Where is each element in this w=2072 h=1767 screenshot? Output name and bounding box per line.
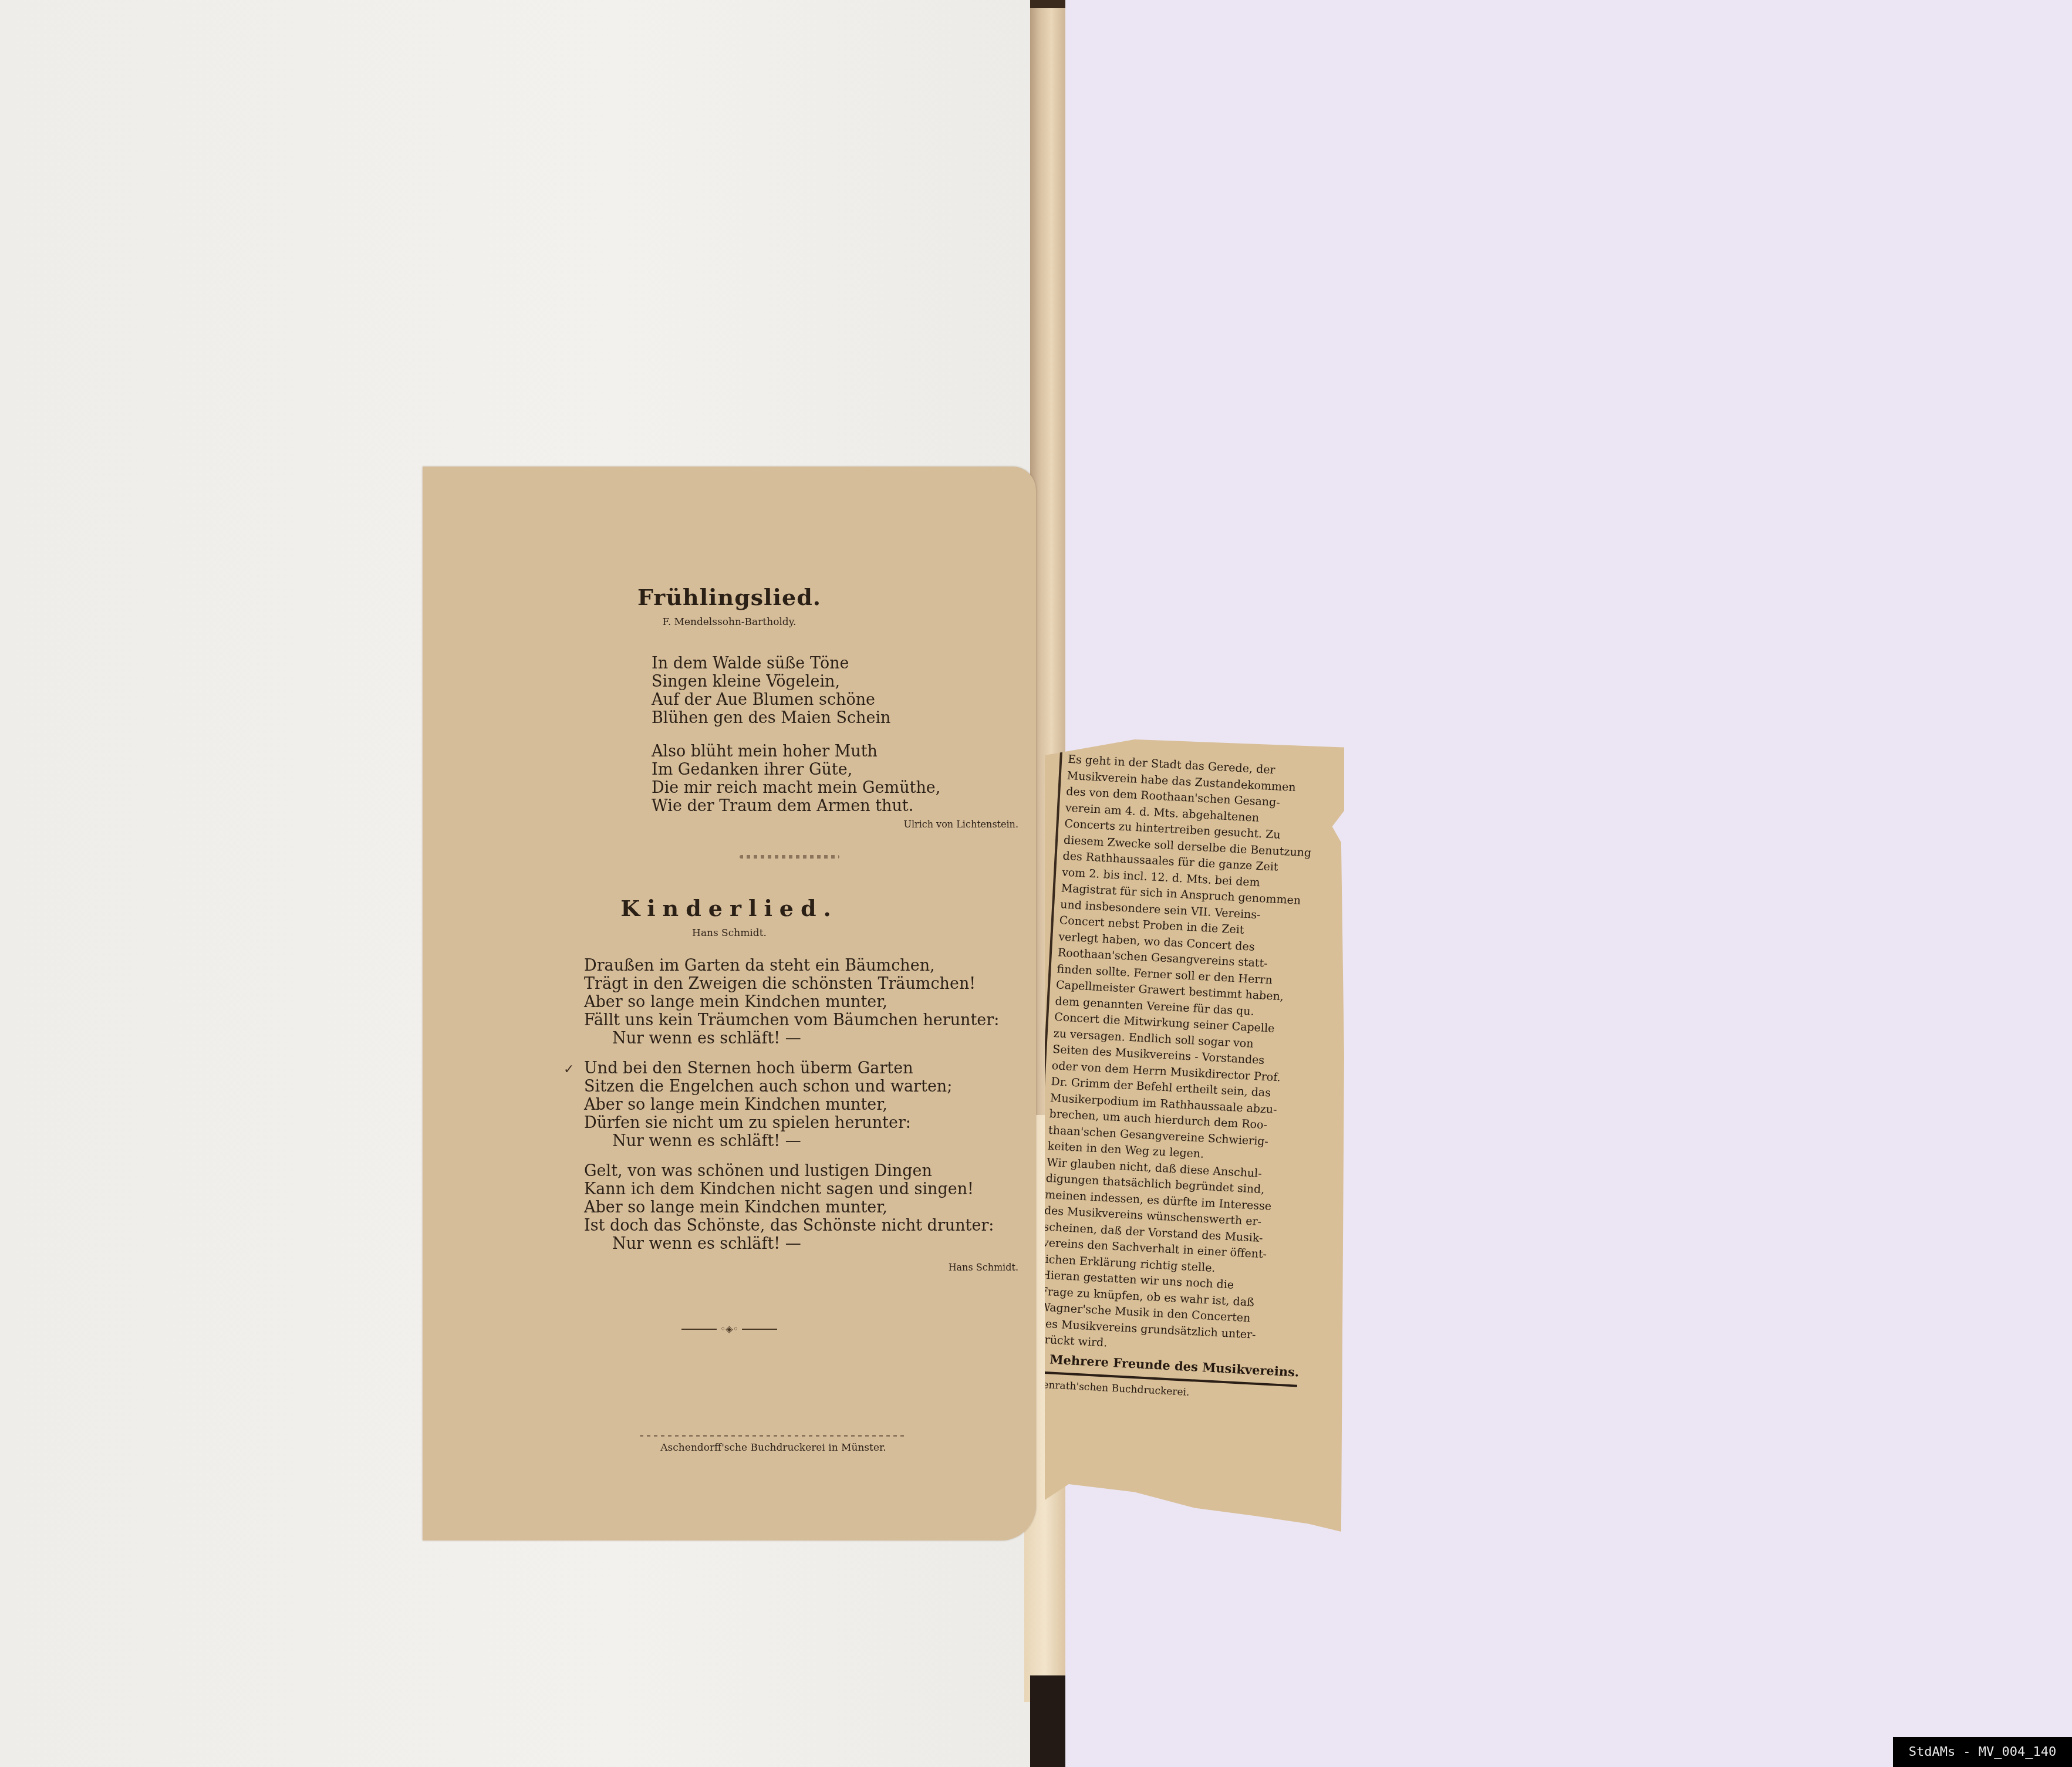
song2-composer: Hans Schmidt.: [423, 927, 1036, 939]
spine-top-edge: [1030, 0, 1065, 8]
archive-label: StdAMs - MV_004_140: [1893, 1737, 2072, 1767]
verse-line: Aber so lange mein Kindchen munter,: [584, 1096, 952, 1114]
section-divider: [740, 855, 839, 859]
verse-line: Ist doch das Schönste, das Schönste nich…: [584, 1217, 994, 1235]
clipping-article: Es geht in der Stadt das Gerede, der Mus…: [1027, 751, 1331, 1407]
printer-imprint: Aschendorff'sche Buchdruckerei in Münste…: [423, 1442, 1124, 1454]
song1-heading: Frühlingslied. F. Mendelssohn-Bartholdy.: [423, 584, 1036, 628]
verse-line: Wie der Traum dem Armen thut.: [652, 797, 940, 815]
song1-stanza-2: Also blüht mein hoher Muth Im Gedanken i…: [652, 742, 940, 815]
ornament-rule-right: [742, 1329, 777, 1330]
ornament-knot-icon: ◦◈◦: [720, 1323, 738, 1334]
song2-heading: Kinderlied. Hans Schmidt.: [423, 895, 1036, 939]
song1-author: Ulrich von Lichtenstein.: [903, 819, 1018, 830]
verse-line: Kann ich dem Kindchen nicht sagen und si…: [584, 1180, 994, 1198]
verse-line: Die mir reich macht mein Gemüthe,: [652, 779, 940, 797]
ornament-rule-left: [681, 1329, 717, 1330]
spine-bottom-edge: [1030, 1675, 1065, 1767]
verse-line: Blühen gen des Maien Schein: [652, 709, 890, 727]
verse-line: Draußen im Garten da steht ein Bäumchen,: [584, 957, 999, 975]
verse-line: Dürfen sie nicht um zu spielen herunter:: [584, 1114, 952, 1132]
verse-line: Aber so lange mein Kindchen munter,: [584, 993, 999, 1011]
newspaper-clipping: Es geht in der Stadt das Gerede, der Mus…: [1045, 739, 1344, 1532]
verse-line: Auf der Aue Blumen schöne: [652, 691, 890, 709]
verse-line: Singen kleine Vögelein,: [652, 673, 890, 691]
refrain-line: Nur wenn es schläft! —: [584, 1132, 952, 1150]
verse-line: Gelt, von was schönen und lustigen Dinge…: [584, 1162, 994, 1180]
printer-rule: [640, 1435, 907, 1437]
song2-title: Kinderlied.: [423, 895, 1036, 921]
end-ornament: ◦◈◦: [423, 1323, 1036, 1334]
refrain-line: Nur wenn es schläft! —: [584, 1235, 994, 1253]
refrain-line: Nur wenn es schläft! —: [584, 1029, 999, 1048]
verse-line: Also blüht mein hoher Muth: [652, 742, 940, 761]
verse-line: Und bei den Sternen hoch überm Garten: [584, 1059, 952, 1077]
song1-title: Frühlingslied.: [423, 584, 1036, 610]
verse-line: Im Gedanken ihrer Güte,: [652, 761, 940, 779]
song2-stanza-2: Und bei den Sternen hoch überm Garten Si…: [584, 1059, 952, 1150]
verse-line: Trägt in den Zweigen die schönsten Träum…: [584, 975, 999, 993]
song2-author: Hans Schmidt.: [949, 1262, 1018, 1273]
verse-line: In dem Walde süße Töne: [652, 654, 890, 673]
pencil-tick-mark: ✓: [563, 1062, 574, 1077]
clipping-printer: ...penrath'schen Buchdruckerei.: [1027, 1377, 1298, 1407]
song-sheet: Frühlingslied. F. Mendelssohn-Bartholdy.…: [423, 467, 1036, 1540]
song1-composer: F. Mendelssohn-Bartholdy.: [423, 616, 1036, 628]
verse-line: Sitzen die Engelchen auch schon und wart…: [584, 1077, 952, 1096]
verse-line: Aber so lange mein Kindchen munter,: [584, 1198, 994, 1217]
song2-stanza-1: Draußen im Garten da steht ein Bäumchen,…: [584, 957, 999, 1048]
song2-stanza-3: Gelt, von was schönen und lustigen Dinge…: [584, 1162, 994, 1253]
song1-stanza-1: In dem Walde süße Töne Singen kleine Vög…: [652, 654, 890, 727]
verse-line: Fällt uns kein Träumchen vom Bäumchen he…: [584, 1011, 999, 1029]
